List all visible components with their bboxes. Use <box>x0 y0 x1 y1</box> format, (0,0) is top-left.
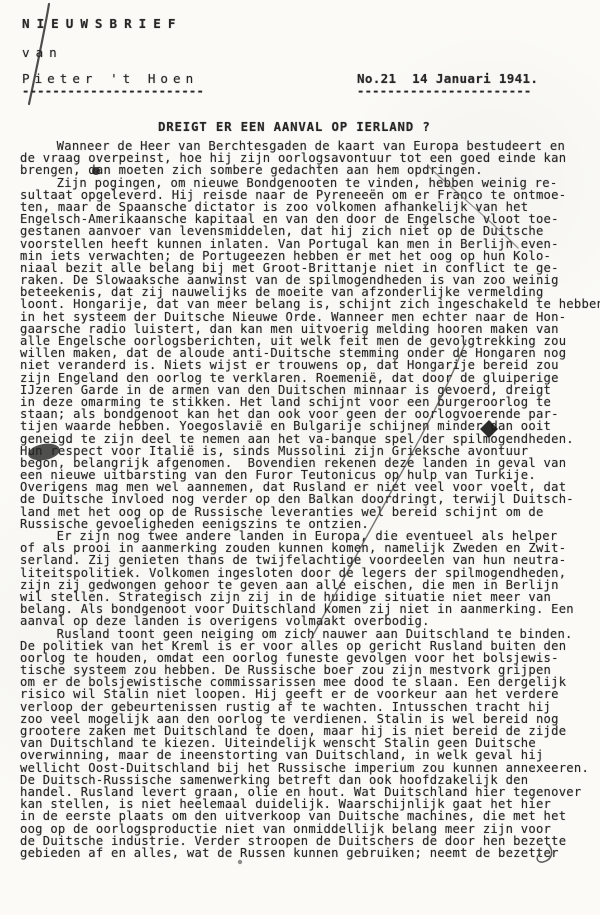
text-line: verloop der gebeurtenissen rustig af te … <box>20 701 600 713</box>
text-line: geneigd te zijn deel te nemen aan het va… <box>20 433 600 445</box>
text-line: Zijn pogingen, om nieuwe Bondgenooten te… <box>20 177 600 189</box>
text-line: overwinning, maar de ineenstorting van D… <box>20 749 600 761</box>
text-line: in het systeem der Duitsche Nieuwe Orde.… <box>20 311 600 323</box>
text-line: tijen waarde hebben. Yoegoslavië en Bulg… <box>20 420 600 432</box>
text-line: land met het oog op de Russische leveran… <box>20 506 600 518</box>
paragraph: Wanneer de Heer van Berchtesgaden de kaa… <box>20 140 600 177</box>
text-line: voorstellen heeft kunnen inlaten. Van Po… <box>20 238 600 250</box>
newsletter-page: NIEUWSBRIEF van Pieter 't Hoen ---------… <box>0 0 600 915</box>
text-line: aanval op deze landen is overigens volma… <box>20 615 600 627</box>
ink-speck <box>238 860 242 864</box>
masthead-underline: ------------------------ <box>22 84 204 98</box>
text-line: loont. Hongarije, dat van meer belang is… <box>20 298 600 310</box>
paragraph: Zijn pogingen, om nieuwe Bondgenooten te… <box>20 177 600 530</box>
document-body: Wanneer de Heer van Berchtesgaden de kaa… <box>20 140 600 859</box>
issue-underline: ----------------------- <box>357 84 532 98</box>
text-line: niet veranderd is. Niets wijst er trouwe… <box>20 359 600 371</box>
text-line: liteitspolitiek. Volkomen ingesloten doo… <box>20 567 600 579</box>
text-line: gebieden af en alles, wat de Russen kunn… <box>20 847 600 859</box>
page-title: DREIGT ER EEN AANVAL OP IERLAND ? <box>158 119 431 134</box>
text-line: serland. Zij genieten thans de twijfelac… <box>20 554 600 566</box>
text-line: risico wil Stalin niet loopen. Hij geeft… <box>20 688 600 700</box>
masthead-name-line1: NIEUWSBRIEF <box>22 16 182 31</box>
text-line: de Duitsche invloed nog verder op den Ba… <box>20 493 600 505</box>
text-line: brengen, dan moeten zich sombere gedacht… <box>20 164 600 176</box>
text-line: gestanen aanvoer van levensmiddelen, dat… <box>20 225 600 237</box>
text-line: oog op de oorlogsproductie niet van onmi… <box>20 823 600 835</box>
paragraph: Er zijn nog twee andere landen in Europa… <box>20 530 600 628</box>
masthead-name-line2: van <box>22 45 63 60</box>
text-line: wellicht Oost-Duitschland bij het Russis… <box>20 762 600 774</box>
text-line: zijn Engeland den oorlog te verklaren. R… <box>20 372 600 384</box>
paragraph: Rusland toont geen neiging om zich nauwe… <box>20 628 600 860</box>
text-line: in de eerste plaats om den uitverkoop va… <box>20 810 600 822</box>
text-line: Rusland toont geen neiging om zich nauwe… <box>20 628 600 640</box>
